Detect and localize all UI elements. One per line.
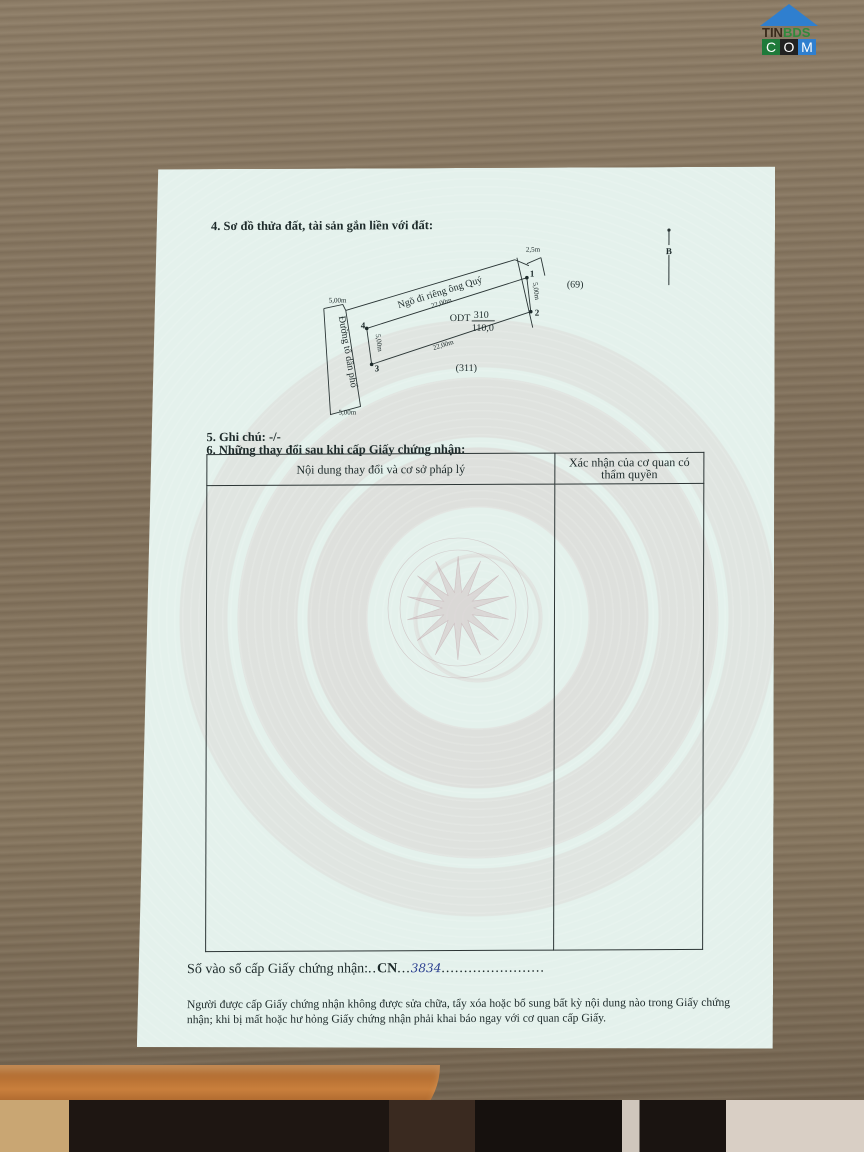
certificate-page: 4. Sơ đồ thửa đất, tài sản gắn liền với … [137,167,775,1052]
register-label: Số vào sổ cấp Giấy chứng nhận: [187,961,368,977]
point-1: 1 [530,269,535,279]
floor-background [0,1100,864,1152]
neighbor-parcel-69: (69) [567,279,584,290]
dim-road-bottom: 5,00m [339,408,357,416]
logo-letter: M [798,39,816,55]
register-number: 3834 [411,961,442,975]
dim-road-top: 5,00m [329,296,347,304]
section-4-title: 4. Sơ đồ thửa đất, tài sản gắn liền với … [211,218,433,234]
empty-change-cell [206,484,555,952]
empty-confirmation-cell [553,483,703,950]
dim-alley-width: 2,5m [526,246,541,254]
logo-text-bottom: C O M [762,39,820,55]
neighbor-parcel-311: (311) [456,363,477,374]
parcel-number: 310 [474,310,489,321]
road-label: Đường tổ dân phố [336,315,359,388]
header-change-content: Nội dung thay đổi và cơ sở pháp lý [207,453,555,486]
changes-table: Nội dung thay đổi và cơ sở pháp lý Xác n… [205,452,704,952]
parcel-land-type: ODT [450,313,471,324]
register-prefix: CN [377,961,397,976]
logo-bds: BDS [783,25,810,40]
house-roof-icon [760,4,818,26]
header-authority-confirmation: Xác nhận của cơ quan có thẩm quyền [555,452,704,484]
legal-notice: Người được cấp Giấy chứng nhận không đượ… [187,995,747,1027]
land-parcel-diagram: 5,00m 5,00m Đường tổ dân phố Ngõ đi riên… [319,237,619,418]
point-4: 4 [361,320,366,330]
logo-letter: C [762,39,780,55]
point-3: 3 [375,363,380,373]
register-number-line: Số vào sổ cấp Giấy chứng nhận:..CN...383… [187,961,545,979]
logo-text-top: TINBDS [762,26,820,39]
watermark-logo: TINBDS C O M [758,4,820,62]
logo-letter: O [780,39,798,55]
dim-right-width: 5,00m [531,282,541,301]
point-2: 2 [535,308,540,318]
logo-tin: TIN [762,25,783,40]
north-label: B [666,246,672,256]
parcel-area: 110,0 [472,323,494,334]
table-row [206,483,704,951]
north-arrow-icon: B [659,227,679,287]
dim-left-width: 5,00m [374,333,384,352]
dim-bottom-length: 22,00m [432,338,455,352]
